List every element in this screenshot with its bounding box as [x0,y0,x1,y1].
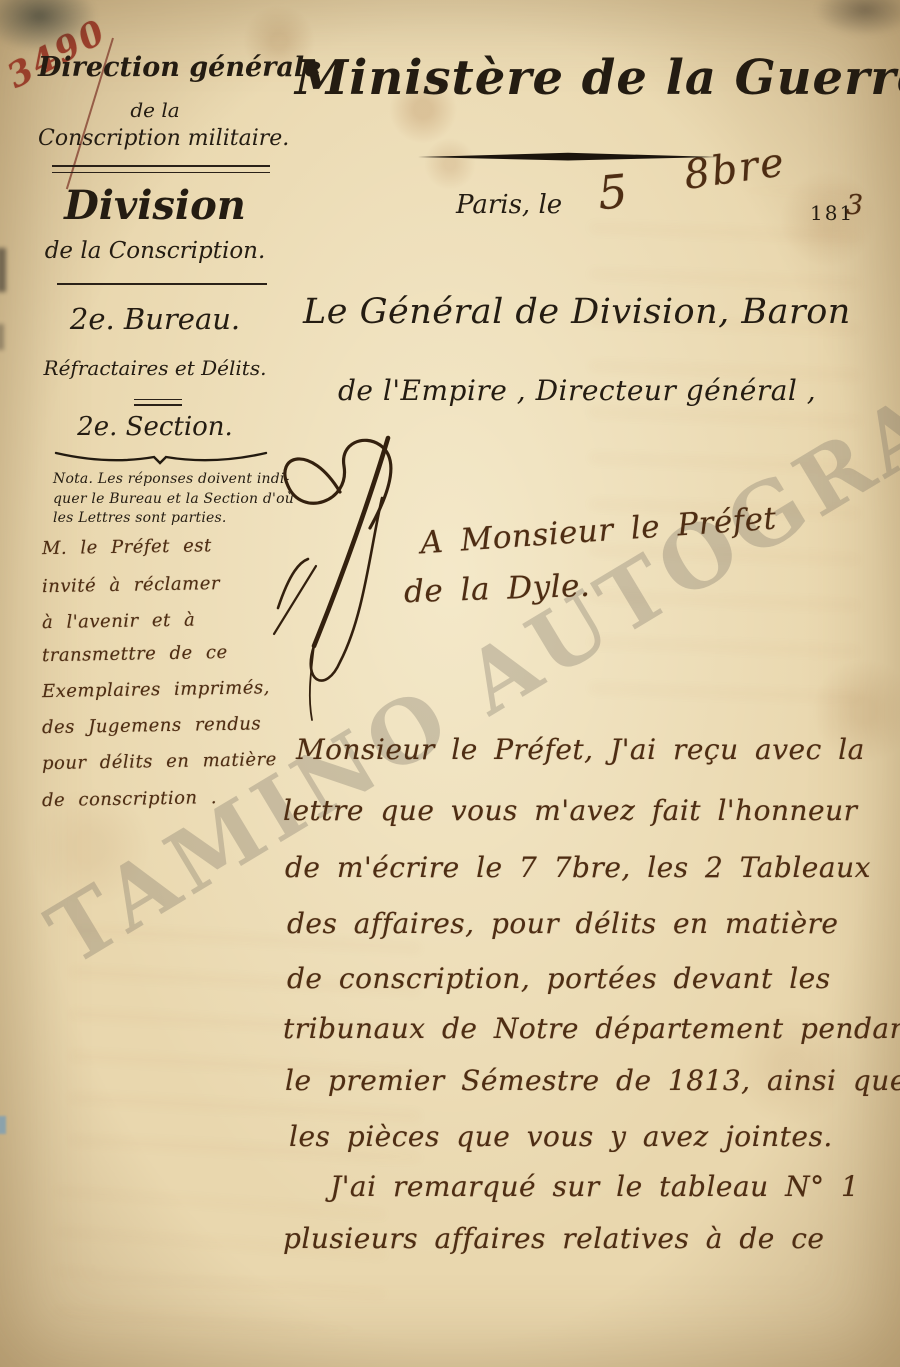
margin-note-line: à l'avenir et à [42,608,292,633]
body-line: plusieurs affaires relatives à de ce [283,1222,825,1255]
divider-short-rule [134,399,182,406]
margin-note-line: de conscription . [42,786,292,811]
scan-edge-mark [0,1116,6,1134]
body-line: de conscription, portées devant les [287,962,831,995]
body-line: des affaires, pour délits en matière [287,907,838,940]
body-line: J'ai remarqué sur le tableau N° 1 [330,1170,859,1203]
letterhead-division-sub: de la Conscription. [38,238,272,264]
letterhead-bureau: 2e. Bureau. [38,302,272,336]
letterhead-bureau-sub: Réfractaires et Délits. [38,356,272,380]
body-line: le premier Sémestre de 1813, ainsi que [285,1064,900,1097]
date-day-handwritten: 5 [596,164,630,220]
divider-rule [57,283,267,285]
date-year-handwritten: 3 [846,190,864,221]
body-line: les pièces que vous y avez jointes. [289,1120,833,1153]
document-page: TAMINO AUTOGRAPHS 3490 Direction général… [0,0,900,1367]
sender-title-line2: de l'Empire , Directeur général , [338,374,816,407]
recipient-line2: de la Dyle. [403,568,590,610]
title-rule [418,152,718,162]
scan-corner-shadow [815,0,900,36]
body-line: tribunaux de Notre département pendant [283,1012,900,1045]
sender-title-line1: Le Général de Division, Baron [303,292,851,332]
margin-note-line: des Jugemens rendus [42,713,292,738]
letterhead-division: Division [38,182,272,229]
brace-ornament [54,448,268,466]
divider-double-rule [52,165,270,173]
body-line: Monsieur le Préfet, J'ai reçu avec la [296,733,865,766]
letterhead-direction-line2: de la [38,98,272,122]
margin-note-line: pour délits en matière [42,749,292,774]
place-date-label: Paris, le [456,190,562,220]
date-month-handwritten: 8bre [681,139,788,199]
nota-line: Nota. Les réponses doivent indi- [53,471,275,487]
margin-note-line: Exemplaires imprimés, [42,677,292,702]
nota-line: quer le Bureau et la Section d'où [53,491,275,507]
body-line: lettre que vous m'avez fait l'honneur [283,794,858,827]
letterhead-direction-line3: Conscription militaire. [38,126,272,151]
letterhead-direction-line1: Direction générale [38,52,272,83]
body-line: de m'écrire le 7 7bre, les 2 Tableaux [285,851,871,884]
scan-corner-shadow [0,0,97,52]
scan-edge-mark [0,324,4,350]
ministry-title: Ministère de la Guerre. [295,50,870,106]
margin-note-line: transmettre de ce [42,641,292,666]
scan-edge-mark [0,248,6,292]
letterhead-section: 2e. Section. [38,412,272,442]
margin-note-line: invité à réclamer [42,572,292,597]
margin-note-line: M. le Préfet est [42,534,292,559]
nota-line: les Lettres sont parties. [53,510,275,526]
